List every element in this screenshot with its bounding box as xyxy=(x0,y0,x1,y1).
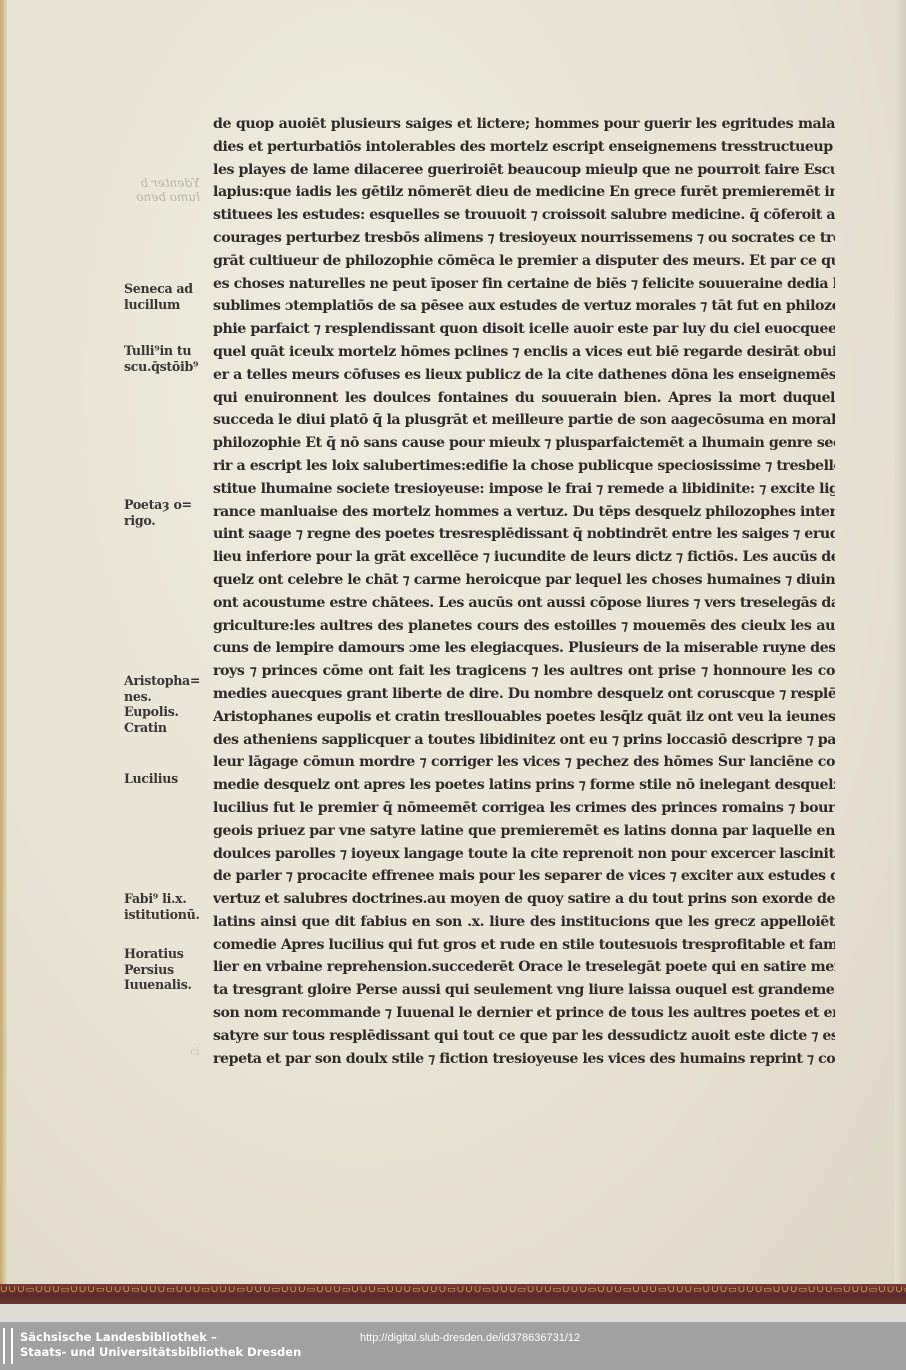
library-name-line1: Sächsische Landesbibliothek – xyxy=(20,1330,301,1345)
marginal-note: Tulli⁹in tuscu.q̄stōib⁹ xyxy=(124,343,198,374)
text-line: lier en vrbaine reprehension.succederēt … xyxy=(213,956,835,979)
text-line: doulces parolles ⁊ ioyeux langage toute … xyxy=(213,843,835,866)
marginal-note-line: lucillum xyxy=(124,297,193,313)
text-line: cuns de lempire damours ɔme les elegiacq… xyxy=(213,637,835,660)
text-line: roys ⁊ princes cōme ont fait les tragice… xyxy=(213,660,835,683)
marginal-note-line: Persius xyxy=(124,962,192,978)
text-line: medies auecques grant liberte de dire. D… xyxy=(213,683,835,706)
marginal-note-line: Seneca ad xyxy=(124,281,193,297)
marginal-note-line: rigo. xyxy=(124,513,192,529)
text-line: sublimes ɔtemplatiōs de sa pēsee aux est… xyxy=(213,295,835,318)
bleed-through-text: Ydenter b lumo beno xyxy=(128,176,200,204)
text-line: rance manluaise des mortelz hommes a ver… xyxy=(213,501,835,524)
marginal-note-line: Poetaȝ o= xyxy=(124,497,192,513)
book-page: Ydenter b lumo beno de quop auoiēt plusi… xyxy=(0,0,906,1284)
text-line: quel quāt iceulx mortelz hōmes pclines ⁊… xyxy=(213,341,835,364)
marginal-note-line: Eupolis. xyxy=(124,704,200,720)
marginal-note: Lucilius xyxy=(124,771,178,787)
marginal-note-line: Iuuenalis. xyxy=(124,977,192,993)
text-line: lucilius fut le premier q̄ nōmeemēt corr… xyxy=(213,797,835,820)
library-name-line2: Staats- und Universitätsbibliothek Dresd… xyxy=(20,1345,301,1360)
bleed-line: lumo beno xyxy=(128,190,200,204)
text-line: lieu inferiore pour la grāt excellēce ⁊ … xyxy=(213,546,835,569)
library-name: Sächsische Landesbibliothek – Staats- un… xyxy=(20,1330,301,1360)
bleed-line: Ydenter b xyxy=(128,176,200,190)
marginal-note: Aristopha=nes.Eupolis.Cratin xyxy=(124,673,200,735)
marginal-note-line: nes. xyxy=(124,689,200,705)
text-line: comedie Apres lucilius qui fut gros et r… xyxy=(213,934,835,957)
text-line: latins ainsi que dit fabius en son .x. l… xyxy=(213,911,835,934)
text-line: Aristophanes eupolis et cratin treslloua… xyxy=(213,706,835,729)
text-line: qui enuironnent les doulces fontaines du… xyxy=(213,387,835,410)
text-line: es choses naturelles ne peut īposer fin … xyxy=(213,273,835,296)
main-text-block: de quop auoiēt plusieurs saiges et licte… xyxy=(213,113,835,1070)
text-line: stitue lhumaine societe tresioyeuse: imp… xyxy=(213,478,835,501)
text-line: lapius:que iadis les gētilz nōmerēt dieu… xyxy=(213,181,835,204)
marginal-note-line: Aristopha= xyxy=(124,673,200,689)
text-line: ont acoustume estre chātees. Les aucūs o… xyxy=(213,592,835,615)
marginal-note: HoratiusPersiusIuuenalis. xyxy=(124,946,192,993)
text-line: rir a escript les loix salubertimes:edif… xyxy=(213,455,835,478)
text-line: griculture:les aultres des planetes cour… xyxy=(213,615,835,638)
text-line: vertuz et salubres doctrines.au moyen de… xyxy=(213,888,835,911)
marginal-note-line: Tulli⁹in tu xyxy=(124,343,198,359)
text-line: leur lāgage cōmun mordre ⁊ corriger les … xyxy=(213,751,835,774)
text-line: dies et perturbatiōs intolerables des mo… xyxy=(213,136,835,159)
text-line: grāt cultiueur de philozophie cōmēca le … xyxy=(213,250,835,273)
library-logo-icon xyxy=(3,1328,13,1364)
text-line: philozophie Et q̄ nō sans cause pour mie… xyxy=(213,432,835,455)
text-line: quelz ont celebre le chāt ⁊ carme heroic… xyxy=(213,569,835,592)
text-line: geois priuez par vne satyre latine que p… xyxy=(213,820,835,843)
text-line: phie parfaict ⁊ resplendissant quon diso… xyxy=(213,318,835,341)
text-line: des atheniens sapplicquer a toutes libid… xyxy=(213,729,835,752)
gilt-ornament-border: ∪∪∪▭∪∪∪▭∪∪∪▭∪∪∪▭∪∪∪▭∪∪∪▭∪∪∪▭∪∪∪▭∪∪∪▭∪∪∪▭… xyxy=(0,1285,906,1295)
folio-mark: ci xyxy=(190,1045,200,1058)
marginal-note: Seneca adlucillum xyxy=(124,281,193,312)
text-line: uint saage ⁊ regne des poetes tresresplē… xyxy=(213,523,835,546)
text-line: courages perturbez tresbōs alimens ⁊ tre… xyxy=(213,227,835,250)
marginal-note: Fabi⁹ li.x.istitutionū. xyxy=(124,891,200,922)
text-line: son nom recommande ⁊ Iuuenal le dernier … xyxy=(213,1002,835,1025)
marginal-note-line: Horatius xyxy=(124,946,192,962)
page-edge-left xyxy=(0,0,7,1284)
text-line: les playes de lame dilaceree gueriroiēt … xyxy=(213,159,835,182)
permalink-url[interactable]: http://digital.slub-dresden.de/id3786367… xyxy=(360,1332,580,1344)
marginal-note-line: Fabi⁹ li.x. xyxy=(124,891,200,907)
text-line: succeda le diui platō q̄ la plusgrāt et … xyxy=(213,409,835,432)
text-line: satyre sur tous resplēdissant qui tout c… xyxy=(213,1025,835,1048)
marginal-note-line: Lucilius xyxy=(124,771,178,787)
text-line: de quop auoiēt plusieurs saiges et licte… xyxy=(213,113,835,136)
marginal-note-line: Cratin xyxy=(124,720,200,736)
marginal-note-line: scu.q̄stōib⁹ xyxy=(124,359,198,375)
text-line: stituees les estudes: esquelles se trouu… xyxy=(213,204,835,227)
library-footer: Sächsische Landesbibliothek – Staats- un… xyxy=(0,1322,906,1370)
text-line: de parler ⁊ procacite effrenee mais pour… xyxy=(213,865,835,888)
text-line: ta tresgrant gloire Perse aussi qui seul… xyxy=(213,979,835,1002)
text-line: er a telles meurs cōfuses es lieux publi… xyxy=(213,364,835,387)
text-line: medie desquelz ont apres les poetes lati… xyxy=(213,774,835,797)
page-edge-right xyxy=(894,0,906,1284)
marginal-note-line: istitutionū. xyxy=(124,907,200,923)
marginal-note: Poetaȝ o=rigo. xyxy=(124,497,192,528)
text-line: repeta et par son doulx stile ⁊ fiction … xyxy=(213,1048,835,1071)
scan-background-band xyxy=(0,1304,906,1322)
